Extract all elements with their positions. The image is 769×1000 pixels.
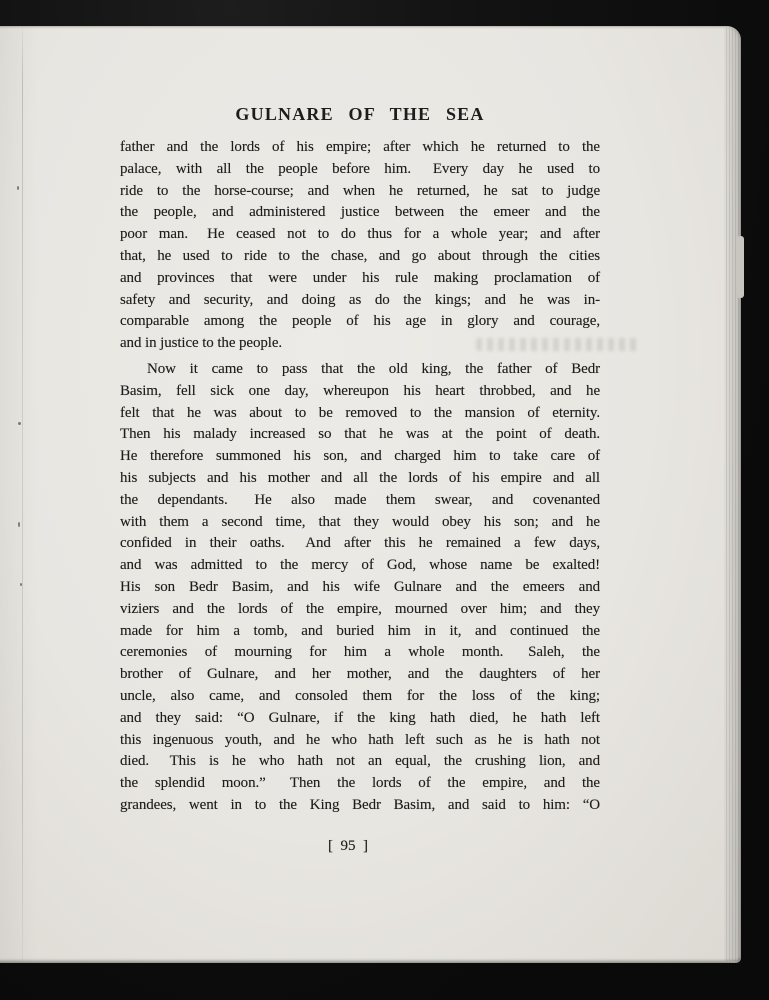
text-line: made for him a tomb, and buried him in i… [120,621,600,643]
text-line: ride to the horse-course; and when he re… [120,181,600,203]
scan-speck [20,583,22,586]
text-line: grandees, went in to the King Bedr Basim… [120,795,600,817]
page-edge-texture [724,28,741,961]
paragraph-new: Now it came to pass that the old king, t… [120,359,600,817]
text-line: ceremonies of mourning for him a whole m… [120,642,600,664]
text-line: safety and security, and doing as do the… [120,290,600,312]
book-page: GULNARE OF THE SEA father and the lords … [0,26,741,963]
text-line: felt that he was about to be removed to … [120,403,600,425]
text-line: and in justice to the people. [120,333,600,355]
scanned-book-photo: GULNARE OF THE SEA father and the lords … [0,0,769,1000]
text-line: viziers and the lords of the empire, mou… [120,599,600,621]
paragraph-continued: father and the lords of his empire; afte… [120,137,600,355]
text-line: confided in their oaths. And after this … [120,533,600,555]
text-line: died. This is he who hath not an equal, … [120,751,600,773]
text-line: that, he used to ride to the chase, and … [120,246,600,268]
text-line: Basim, fell sick one day, whereupon his … [120,381,600,403]
text-line: His son Bedr Basim, and his wife Gulnare… [120,577,600,599]
text-line: brother of Gulnare, and her mother, and … [120,664,600,686]
text-line: the splendid moon.” Then the lords of th… [120,773,600,795]
running-head-title: GULNARE OF THE SEA [120,104,600,125]
page-number: [ 95 ] [120,838,576,855]
gutter-crease-line [22,26,23,963]
text-line: palace, with all the people before him. … [120,159,600,181]
text-line: and provinces that were under his rule m… [120,268,600,290]
text-line: He therefore summoned his son, and charg… [120,446,600,468]
text-line: Now it came to pass that the old king, t… [120,359,600,381]
text-line: the people, and administered justice bet… [120,202,600,224]
scan-speck [18,522,20,527]
text-column: father and the lords of his empire; afte… [120,137,600,817]
text-line: his subjects and his mother and all the … [120,468,600,490]
text-line: Then his malady increased so that he was… [120,424,600,446]
scan-speck [18,422,21,425]
text-line: this ingenuous youth, and he who hath le… [120,730,600,752]
text-line: comparable among the people of his age i… [120,311,600,333]
text-line: poor man. He ceased not to do thus for a… [120,224,600,246]
text-line: uncle, also came, and consoled them for … [120,686,600,708]
text-line: the dependants. He also made them swear,… [120,490,600,512]
text-line: father and the lords of his empire; afte… [120,137,600,159]
gutter-shadow [0,26,38,963]
scan-speck [17,186,19,190]
text-line: with them a second time, that they would… [120,512,600,534]
page-edge-notch [737,236,744,298]
text-line: and was admitted to the mercy of God, wh… [120,555,600,577]
text-line: and they said: “O Gulnare, if the king h… [120,708,600,730]
